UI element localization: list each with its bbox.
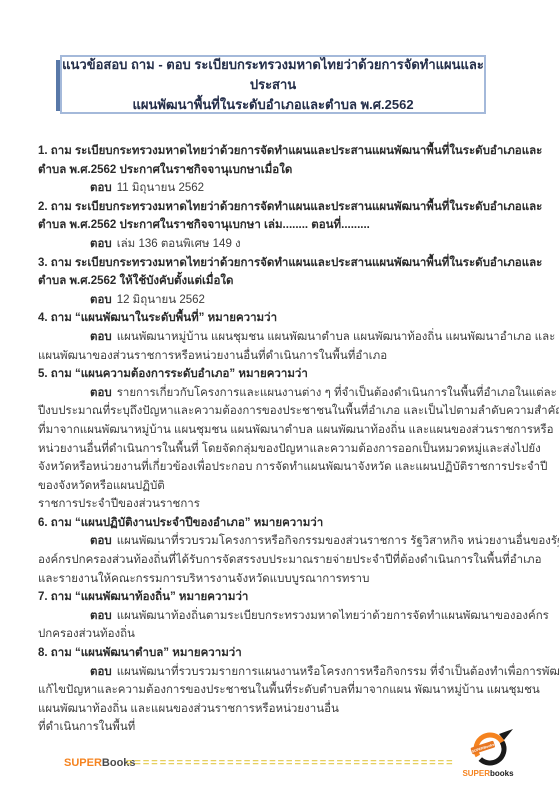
- text-line: องค์กรปกครองส่วนท้องถิ่นที่ได้รับการจัดส…: [38, 551, 541, 570]
- title-box: แนวข้อสอบ ถาม - ตอบ ระเบียบกระทรวงมหาดไท…: [60, 55, 486, 114]
- body-text: รายการเกี่ยวกับโครงการและแผนงานต่าง ๆ ที…: [117, 387, 557, 399]
- question-text: 2. ถาม ระเบียบกระทรวงมหาดไทยว่าด้วยการจั…: [38, 201, 542, 213]
- body-text: เล่ม 136 ตอนพิเศษ 149 ง: [117, 238, 241, 250]
- footer-logo-label-books: books: [490, 769, 514, 778]
- answer-label: ตอบ: [90, 182, 112, 194]
- question-text: 3. ถาม ระเบียบกระทรวงมหาดไทยว่าด้วยการจั…: [38, 257, 542, 269]
- answer-label: ตอบ: [90, 666, 112, 678]
- question-line: 3. ถาม ระเบียบกระทรวงมหาดไทยว่าด้วยการจั…: [38, 254, 541, 273]
- body-text: แก้ไขปัญหาและความต้องการของประชาชนในพื้น…: [38, 684, 540, 696]
- question-text: 7. ถาม “แผนพัฒนาท้องถิ่น” หมายความว่า: [38, 591, 248, 603]
- body-text: ที่ดำเนินการในพื้นที่: [38, 721, 135, 733]
- body-text: 11 มิถุนายน 2562: [117, 182, 204, 194]
- body-text: และรายงานให้คณะกรรมการบริหารงานจังหวัดแบ…: [38, 573, 369, 585]
- answer-label: ตอบ: [90, 238, 112, 250]
- text-line: แผนพัฒนาท้องถิ่น และแผนของส่วนราชการหรือ…: [38, 700, 541, 719]
- answer-line: ตอบรายการเกี่ยวกับโครงการและแผนงานต่าง ๆ…: [38, 384, 541, 403]
- question-line: 5. ถาม “แผนความต้องการระดับอำเภอ” หมายคว…: [38, 365, 541, 384]
- question-text: 4. ถาม “แผนพัฒนาในระดับพื้นที่” หมายความ…: [38, 312, 277, 324]
- text-line: ปีงบประมาณที่ระบุถึงปัญหาและความต้องการข…: [38, 402, 541, 421]
- body-text: จังหวัดหรือหน่วยงานที่เกี่ยวข้องเพื่อประ…: [38, 461, 547, 473]
- text-line: แผนพัฒนาของส่วนราชการหรือหน่วยงานอื่นที่…: [38, 347, 541, 366]
- question-line: ตำบล พ.ศ.2562 ให้ใช้บังคับตั้งแต่เมื่อใด: [38, 272, 541, 291]
- body-text: แผนพัฒนาของส่วนราชการหรือหน่วยงานอื่นที่…: [38, 350, 387, 362]
- answer-label: ตอบ: [90, 331, 112, 343]
- text-line: ปกครองส่วนท้องถิ่น: [38, 625, 541, 644]
- answer-line: ตอบ12 มิถุนายน 2562: [38, 291, 541, 310]
- footer-brand: SUPERBooks: [64, 757, 136, 769]
- question-text: 6. ถาม “แผนปฏิบัติงานประจำปีของอำเภอ” หม…: [38, 517, 323, 529]
- page-title-line-1: แนวข้อสอบ ถาม - ตอบ ระเบียบกระทรวงมหาดไท…: [62, 55, 484, 95]
- text-line: หน่วยงานอื่นที่ดำเนินการในพื้นที่ โดยจัด…: [38, 440, 541, 459]
- text-line: ที่มาจากแผนพัฒนาหมู่บ้าน แผนชุมชน แผนพัฒ…: [38, 421, 541, 440]
- document-page: แนวข้อสอบ ถาม - ตอบ ระเบียบกระทรวงมหาดไท…: [0, 0, 559, 805]
- body-text: แผนพัฒนาที่รวบรวมรายการแผนงานหรือโครงการ…: [117, 666, 559, 678]
- footer-logo-label: SUPERbooks: [452, 769, 524, 778]
- body-text: แผนพัฒนาหมู่บ้าน แผนชุมชน แผนพัฒนาตำบล แ…: [117, 331, 556, 343]
- body-text: แผนพัฒนาท้องถิ่นตามระเบียบกระทรวงมหาดไทย…: [117, 610, 549, 622]
- body-text: องค์กรปกครองส่วนท้องถิ่นที่ได้รับการจัดส…: [38, 554, 542, 566]
- body-lines: 1. ถาม ระเบียบกระทรวงมหาดไทยว่าด้วยการจั…: [38, 142, 541, 737]
- question-line: 1. ถาม ระเบียบกระทรวงมหาดไทยว่าด้วยการจั…: [38, 142, 541, 161]
- text-line: และรายงานให้คณะกรรมการบริหารงานจังหวัดแบ…: [38, 570, 541, 589]
- superbooks-logo-icon: SUPERBooks: [468, 728, 514, 770]
- question-text: ตำบล พ.ศ.2562 ประกาศในราชกิจจานุเบกษาเมื…: [38, 164, 292, 176]
- body-text: แผนพัฒนาท้องถิ่น และแผนของส่วนราชการหรือ…: [38, 703, 339, 715]
- answer-line: ตอบแผนพัฒนาท้องถิ่นตามระเบียบกระทรวงมหาด…: [38, 607, 541, 626]
- text-line: แก้ไขปัญหาและความต้องการของประชาชนในพื้น…: [38, 681, 541, 700]
- body-text: ที่มาจากแผนพัฒนาหมู่บ้าน แผนชุมชน แผนพัฒ…: [38, 424, 554, 436]
- body-text: ปีงบประมาณที่ระบุถึงปัญหาและความต้องการข…: [38, 405, 559, 417]
- answer-label: ตอบ: [90, 610, 112, 622]
- question-line: 7. ถาม “แผนพัฒนาท้องถิ่น” หมายความว่า: [38, 588, 541, 607]
- question-text: 5. ถาม “แผนความต้องการระดับอำเภอ” หมายคว…: [38, 368, 308, 380]
- question-text: ตำบล พ.ศ.2562 ประกาศในราชกิจจานุเบกษา เล…: [38, 219, 370, 231]
- text-line: ราชการประจำปีของส่วนราชการ: [38, 495, 541, 514]
- answer-label: ตอบ: [90, 294, 112, 306]
- question-line: 6. ถาม “แผนปฏิบัติงานประจำปีของอำเภอ” หม…: [38, 514, 541, 533]
- question-line: ตำบล พ.ศ.2562 ประกาศในราชกิจจานุเบกษา เล…: [38, 216, 541, 235]
- body-text: 12 มิถุนายน 2562: [117, 294, 205, 306]
- answer-line: ตอบแผนพัฒนาหมู่บ้าน แผนชุมชน แผนพัฒนาตำบ…: [38, 328, 541, 347]
- question-line: 4. ถาม “แผนพัฒนาในระดับพื้นที่” หมายความ…: [38, 309, 541, 328]
- answer-line: ตอบ11 มิถุนายน 2562: [38, 179, 541, 198]
- footer-separator: ========================================…: [126, 757, 454, 771]
- text-line: จังหวัดหรือหน่วยงานที่เกี่ยวข้องเพื่อประ…: [38, 458, 541, 477]
- question-line: 8. ถาม “แผนพัฒนาตำบล” หมายความว่า: [38, 644, 541, 663]
- answer-label: ตอบ: [90, 535, 112, 547]
- question-text: ตำบล พ.ศ.2562 ให้ใช้บังคับตั้งแต่เมื่อใด: [38, 275, 234, 287]
- text-line: ที่ดำเนินการในพื้นที่: [38, 718, 541, 737]
- footer-brand-super: SUPER: [64, 757, 102, 769]
- answer-line: ตอบแผนพัฒนาที่รวบรวมรายการแผนงานหรือโครง…: [38, 663, 541, 682]
- text-line: ของจังหวัดหรือแผนปฏิบัติ: [38, 477, 541, 496]
- question-line: 2. ถาม ระเบียบกระทรวงมหาดไทยว่าด้วยการจั…: [38, 198, 541, 217]
- body-text: ราชการประจำปีของส่วนราชการ: [38, 498, 200, 510]
- footer-logo-label-super: SUPER: [462, 769, 490, 778]
- page-title-line-2: แผนพัฒนาพื้นที่ในระดับอำเภอและตำบล พ.ศ.2…: [62, 95, 484, 115]
- question-text: 8. ถาม “แผนพัฒนาตำบล” หมายความว่า: [38, 647, 242, 659]
- answer-line: ตอบเล่ม 136 ตอนพิเศษ 149 ง: [38, 235, 541, 254]
- question-line: ตำบล พ.ศ.2562 ประกาศในราชกิจจานุเบกษาเมื…: [38, 161, 541, 180]
- answer-line: ตอบแผนพัฒนาที่รวบรวมโครงการหรือกิจกรรมขอ…: [38, 532, 541, 551]
- answer-label: ตอบ: [90, 387, 112, 399]
- body-text: หน่วยงานอื่นที่ดำเนินการในพื้นที่ โดยจัด…: [38, 443, 541, 455]
- body-text: แผนพัฒนาที่รวบรวมโครงการหรือกิจกรรมของส่…: [117, 535, 559, 547]
- body-text: ของจังหวัดหรือแผนปฏิบัติ: [38, 480, 165, 492]
- question-text: 1. ถาม ระเบียบกระทรวงมหาดไทยว่าด้วยการจั…: [38, 145, 542, 157]
- body-text: ปกครองส่วนท้องถิ่น: [38, 628, 135, 640]
